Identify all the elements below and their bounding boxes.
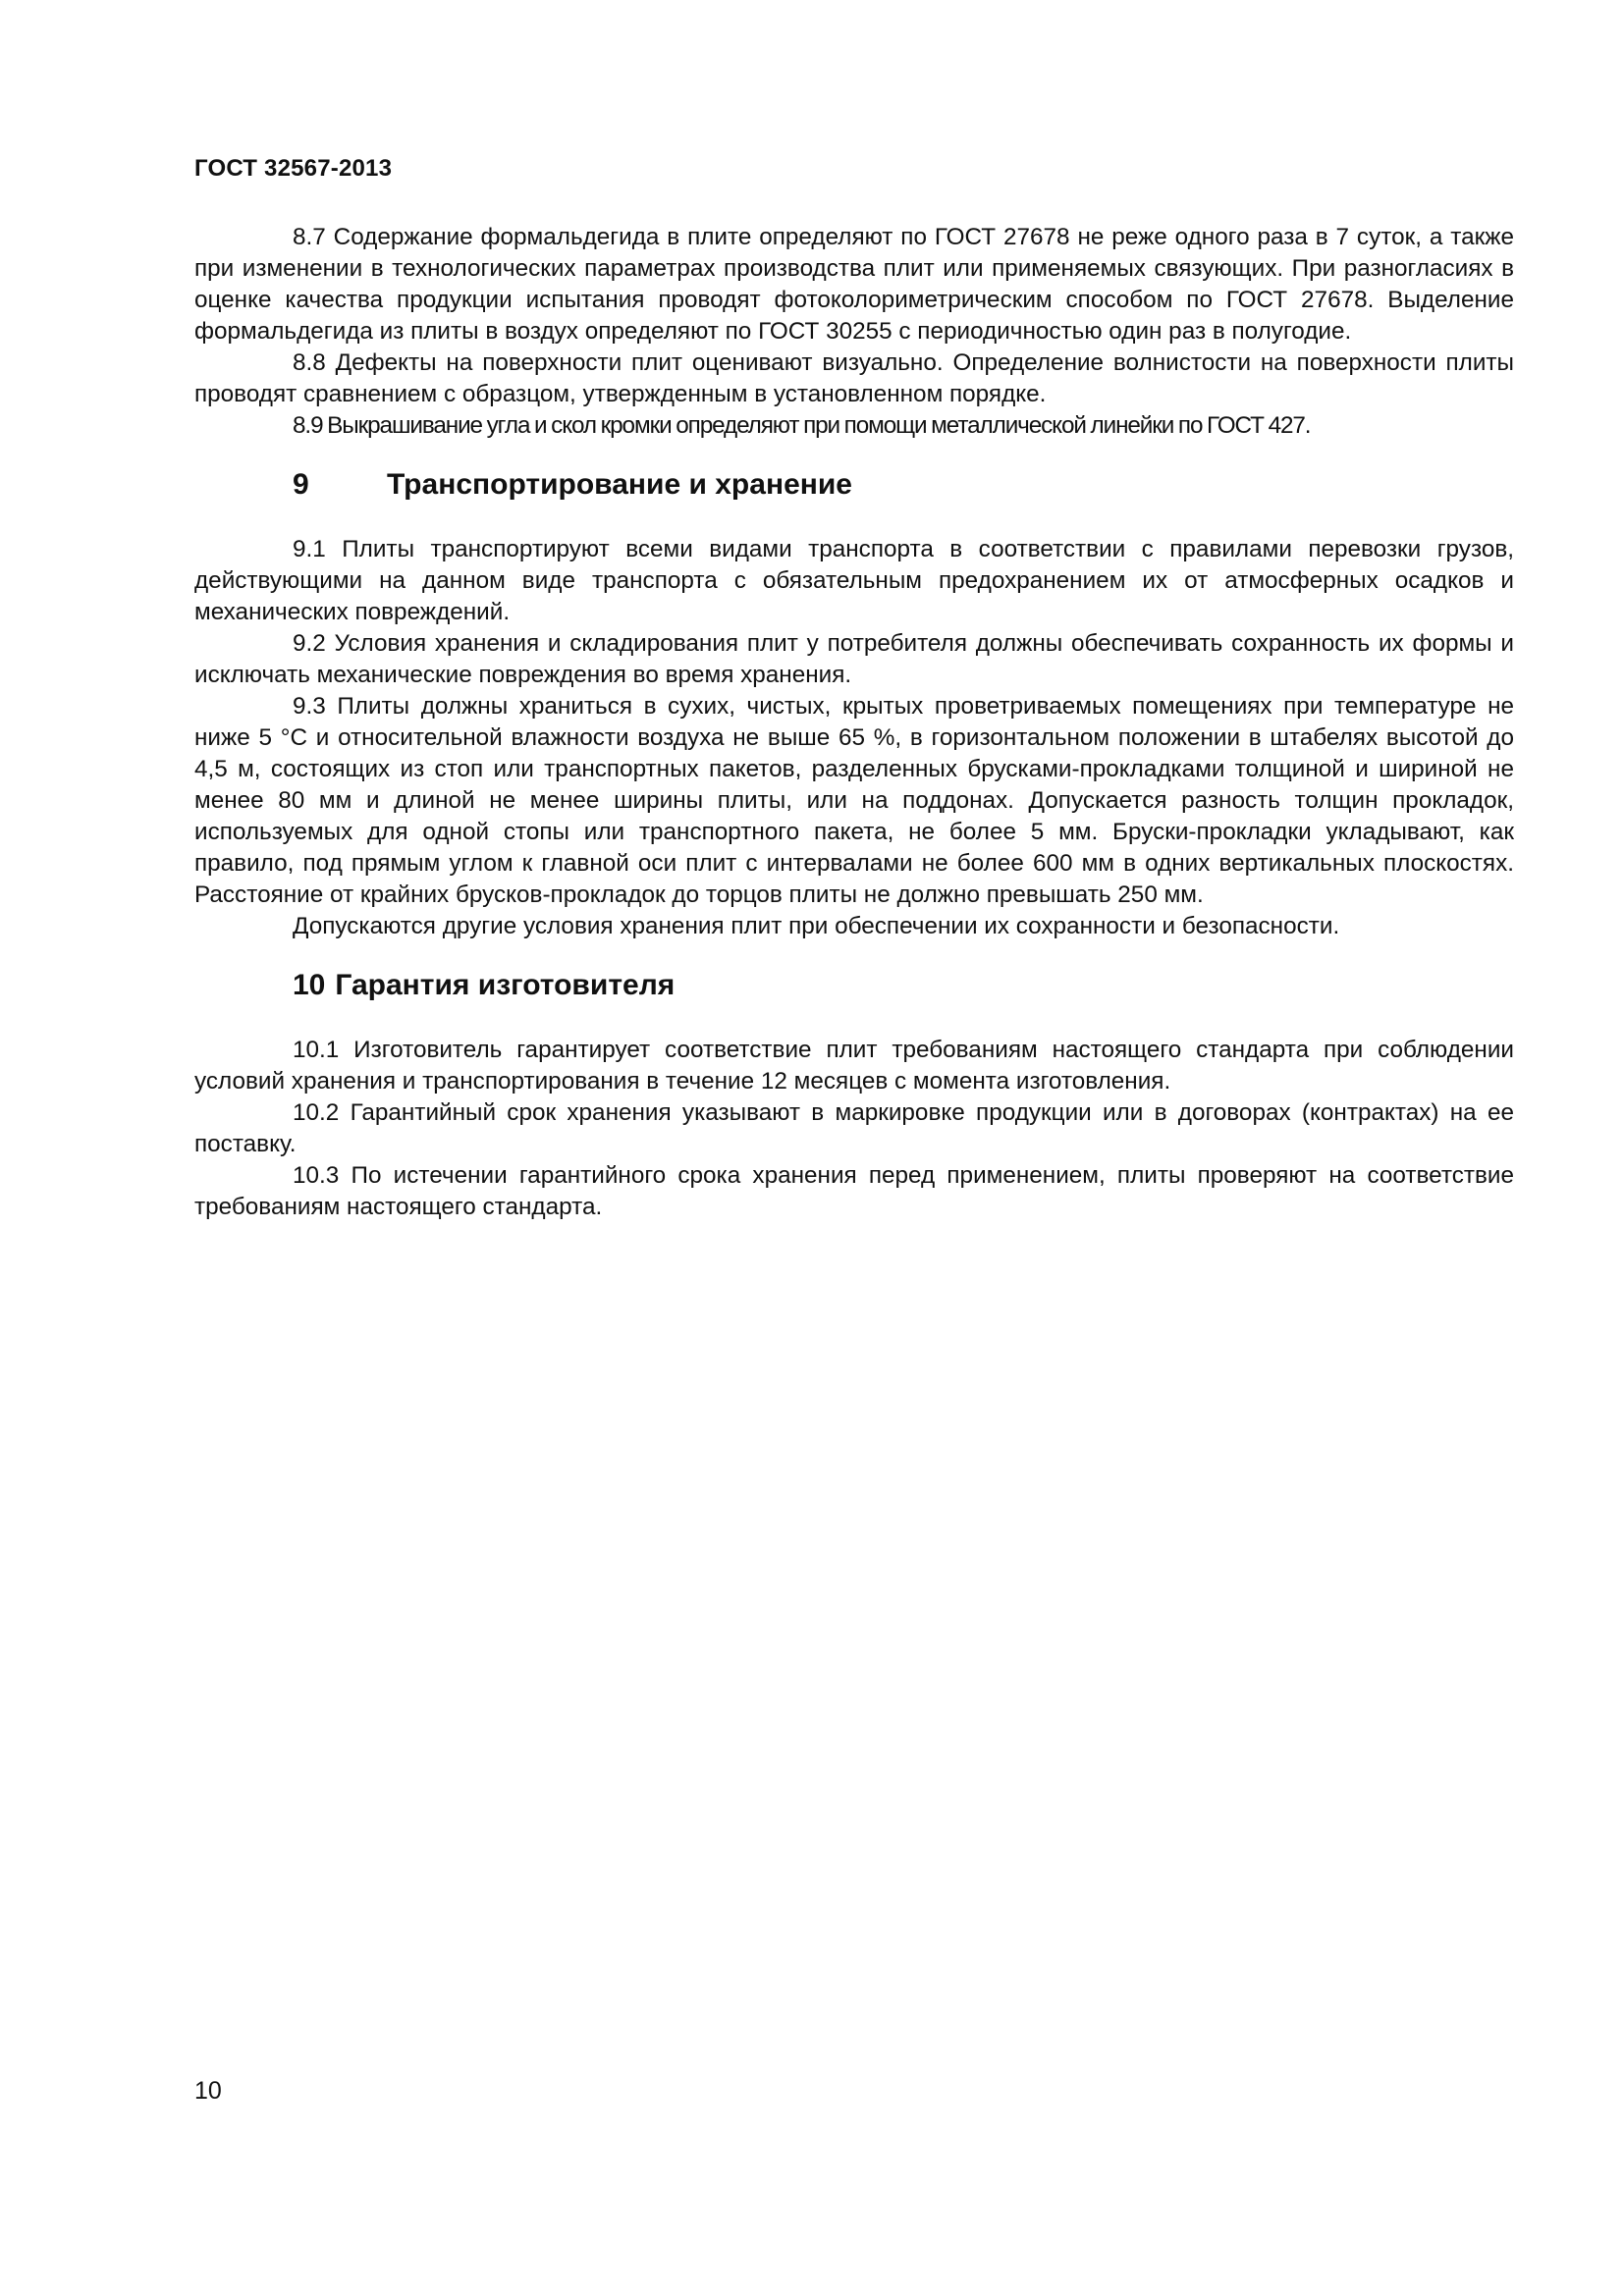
section-10-heading: 10Гарантия изготовителя bbox=[194, 966, 1514, 1005]
section-title: Транспортирование и хранение bbox=[387, 468, 852, 501]
document-header: ГОСТ 32567-2013 bbox=[194, 155, 392, 183]
paragraph-10-2: 10.2 Гарантийный срок хранения указывают… bbox=[194, 1097, 1514, 1160]
page-number: 10 bbox=[194, 2077, 222, 2106]
paragraph-9-4: Допускаются другие условия хранения плит… bbox=[194, 911, 1514, 942]
paragraph-10-3: 10.3 По истечении гарантийного срока хра… bbox=[194, 1160, 1514, 1223]
section-title: Гарантия изготовителя bbox=[335, 969, 675, 1001]
paragraph-8-7: 8.7 Содержание формальдегида в плите опр… bbox=[194, 222, 1514, 347]
paragraph-9-1: 9.1 Плиты транспортируют всеми видами тр… bbox=[194, 534, 1514, 628]
paragraph-9-2: 9.2 Условия хранения и складирования пли… bbox=[194, 628, 1514, 691]
paragraph-8-9: 8.9 Выкрашивание угла и скол кромки опре… bbox=[194, 410, 1514, 442]
paragraph-9-3: 9.3 Плиты должны храниться в сухих, чист… bbox=[194, 691, 1514, 911]
paragraph-10-1: 10.1 Изготовитель гарантирует соответств… bbox=[194, 1035, 1514, 1097]
paragraph-8-8: 8.8 Дефекты на поверхности плит оцениваю… bbox=[194, 347, 1514, 410]
section-number: 10 bbox=[293, 966, 325, 1005]
section-number: 9 bbox=[293, 465, 387, 505]
section-9-heading: 9Транспортирование и хранение bbox=[194, 465, 1514, 505]
document-body: 8.7 Содержание формальдегида в плите опр… bbox=[194, 222, 1514, 1223]
